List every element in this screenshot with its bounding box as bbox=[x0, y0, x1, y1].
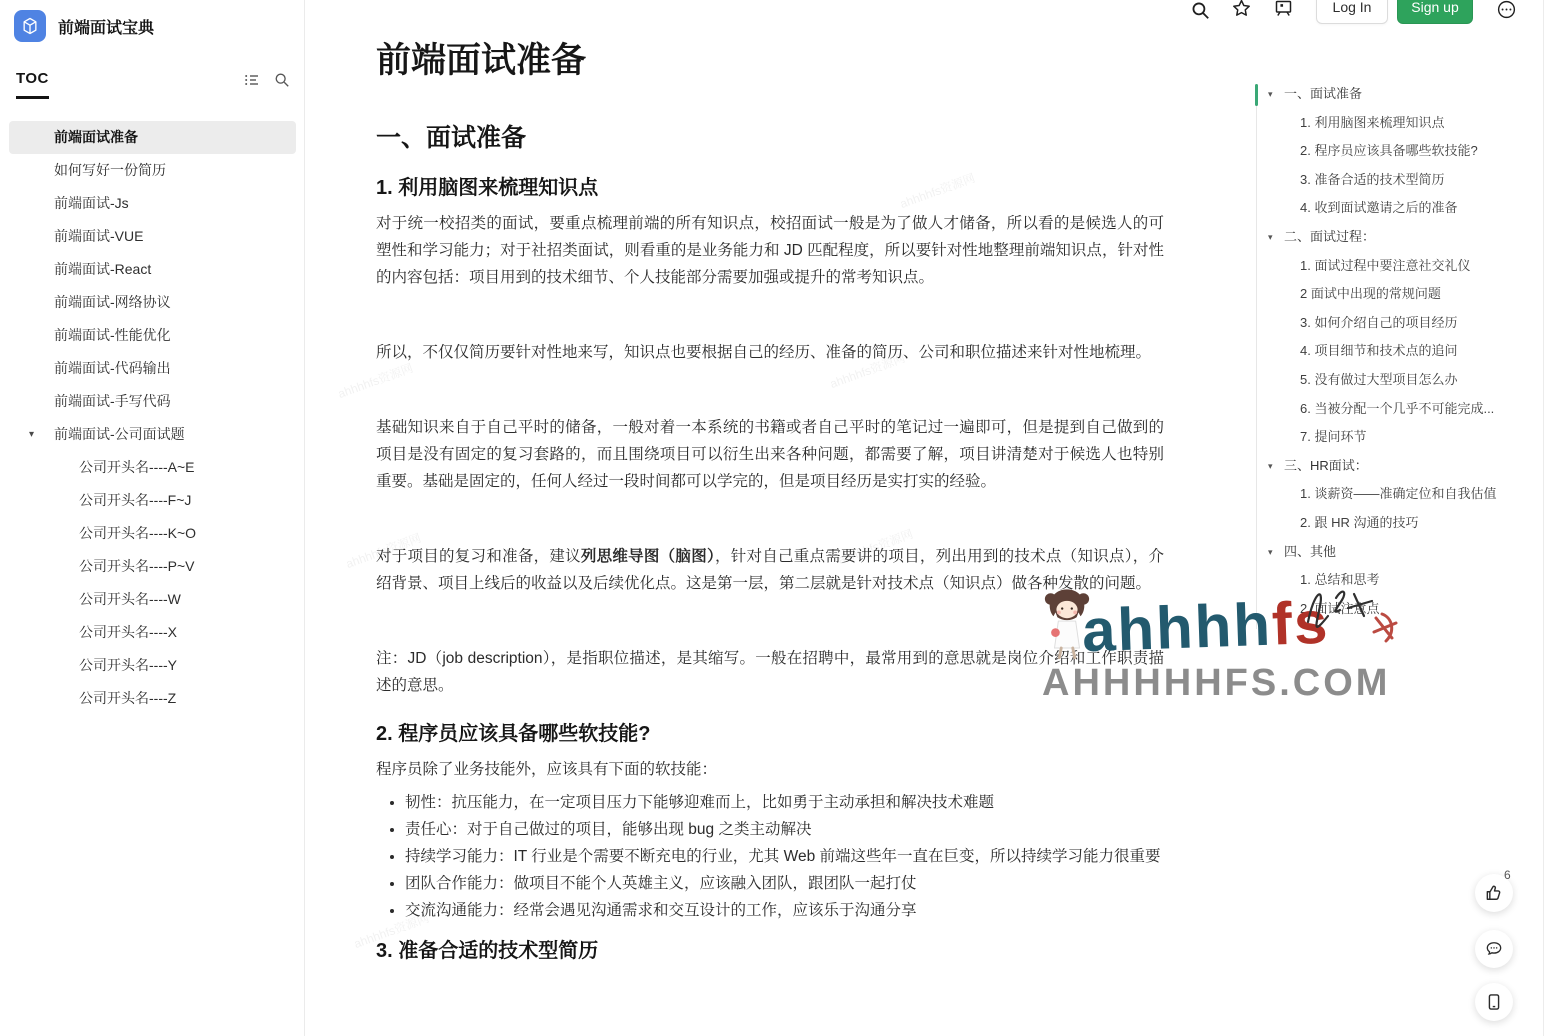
outline-item-label: 2. 跟 HR 沟通的技巧 bbox=[1300, 515, 1418, 530]
outline-item[interactable]: 2. 跟 HR 沟通的技巧 bbox=[1268, 509, 1522, 538]
scrollbar-track-edge[interactable] bbox=[1543, 0, 1544, 1036]
outline-item[interactable]: 1. 谈薪资——准确定位和自我估值 bbox=[1268, 480, 1522, 509]
more-options-icon[interactable] bbox=[1496, 0, 1517, 25]
sidebar-item-label: 公司开头名----W bbox=[79, 591, 181, 607]
subsection-heading-2: 2. 程序员应该具备哪些软技能? bbox=[376, 721, 1164, 748]
outline-item[interactable]: 1. 利用脑图来梳理知识点 bbox=[1268, 109, 1522, 138]
outline-item-label: 1. 谈薪资——准确定位和自我估值 bbox=[1300, 486, 1496, 501]
star-icon[interactable] bbox=[1231, 0, 1252, 24]
login-button[interactable]: Log In bbox=[1316, 0, 1388, 24]
paragraph: 对于统一校招类的面试，要重点梳理前端的所有知识点，校招面试一般是为了做人才储备，… bbox=[376, 210, 1164, 291]
list-item: 责任心：对于自己做过的项目，能够出现 bug 之类主动解决 bbox=[405, 816, 1164, 843]
sidebar-item[interactable]: 公司开头名----Z bbox=[9, 682, 296, 715]
sidebar-item-label: 公司开头名----X bbox=[79, 624, 177, 640]
section-heading: 一、面试准备 bbox=[376, 122, 1164, 155]
search-icon[interactable] bbox=[1191, 1, 1210, 25]
outline-item[interactable]: 二、面试过程： bbox=[1268, 223, 1522, 252]
app-title: 前端面试宝典 bbox=[58, 15, 154, 38]
outline-item-label: 6. 当被分配一个几乎不可能完成... bbox=[1300, 401, 1494, 416]
outline-item-label: 1. 面试过程中要注意社交礼仪 bbox=[1300, 258, 1470, 273]
sidebar: 前端面试宝典 TOC bbox=[0, 0, 305, 1036]
outline-item-label: 5. 没有做过大型项目怎么办 bbox=[1300, 372, 1457, 387]
sidebar-item[interactable]: 公司开头名----P~V bbox=[9, 550, 296, 583]
outline-item[interactable]: 4. 项目细节和技术点的追问 bbox=[1268, 337, 1522, 366]
sidebar-item-label: 前端面试-代码输出 bbox=[54, 360, 171, 376]
toc-header: TOC bbox=[16, 70, 290, 104]
outline-item-label: 1. 利用脑图来梳理知识点 bbox=[1300, 115, 1444, 130]
signup-button[interactable]: Sign up bbox=[1397, 0, 1473, 24]
sidebar-item[interactable]: 公司开头名----K~O bbox=[9, 517, 296, 550]
article: 前端面试准备 一、面试准备 1. 利用脑图来梳理知识点 对于统一校招类的面试，要… bbox=[376, 0, 1164, 965]
sidebar-item-label: 公司开头名----F~J bbox=[79, 492, 191, 508]
outline-item-label: 1. 总结和思考 bbox=[1300, 572, 1379, 587]
sidebar-item-label: 前端面试准备 bbox=[54, 129, 138, 145]
sidebar-item[interactable]: 公司开头名----Y bbox=[9, 649, 296, 682]
outline-item-label: 一、面试准备 bbox=[1284, 86, 1362, 101]
toc-tab[interactable]: TOC bbox=[16, 70, 49, 99]
page-title: 前端面试准备 bbox=[376, 40, 1164, 82]
outline-item-label: 3. 准备合适的技术型简历 bbox=[1300, 172, 1444, 187]
sidebar-item[interactable]: 前端面试-VUE bbox=[9, 220, 296, 253]
subsection-heading-3: 3. 准备合适的技术型简历 bbox=[376, 938, 1164, 965]
sidebar-item[interactable]: 公司开头名----X bbox=[9, 616, 296, 649]
sidebar-header: 前端面试宝典 bbox=[14, 10, 154, 42]
sidebar-item[interactable]: 公司开头名----W bbox=[9, 583, 296, 616]
paragraph-text: 对于项目的复习和准备，建议 bbox=[376, 548, 581, 565]
sidebar-item[interactable]: 前端面试-Js bbox=[9, 187, 296, 220]
outline-item-label: 二、面试过程： bbox=[1284, 229, 1375, 244]
bold-text: 列思维导图（脑图） bbox=[581, 548, 715, 565]
outline-item[interactable]: 四、其他 bbox=[1268, 538, 1522, 567]
sidebar-item-label: 公司开头名----Y bbox=[79, 657, 177, 673]
outline-item-label: 2 面试中出现的常规问题 bbox=[1300, 286, 1441, 301]
present-icon[interactable] bbox=[1273, 0, 1294, 24]
collapse-caret-icon[interactable] bbox=[1268, 452, 1273, 481]
page-outline: 一、面试准备 1. 利用脑图来梳理知识点 2. 程序员应该具备哪些软技能? 3.… bbox=[1268, 80, 1522, 623]
sidebar-item-label: 公司开头名----K~O bbox=[79, 525, 196, 541]
sidebar-item-label: 前端面试-VUE bbox=[54, 228, 143, 244]
collapse-caret-icon[interactable] bbox=[1268, 80, 1273, 109]
sidebar-item[interactable]: 如何写好一份简历 bbox=[9, 154, 296, 187]
subsection-heading-1: 1. 利用脑图来梳理知识点 bbox=[376, 175, 1164, 202]
sidebar-toc-list: 前端面试准备 如何写好一份简历 前端面试-Js 前端面试-VUE bbox=[0, 121, 305, 715]
outline-item[interactable]: 2. 程序员应该具备哪些软技能? bbox=[1268, 137, 1522, 166]
outline-item-label: 2. 程序员应该具备哪些软技能? bbox=[1300, 143, 1478, 158]
outline-item[interactable]: 6. 当被分配一个几乎不可能完成... bbox=[1268, 395, 1522, 424]
sidebar-item[interactable]: 前端面试-手写代码 bbox=[9, 385, 296, 418]
sidebar-item-label: 前端面试-网络协议 bbox=[54, 294, 171, 310]
list-item: 韧性：抗压能力，在一定项目压力下能够迎难而上，比如勇于主动承担和解决技术难题 bbox=[405, 789, 1164, 816]
outline-item[interactable]: 5. 没有做过大型项目怎么办 bbox=[1268, 366, 1522, 395]
outline-item[interactable]: 1. 总结和思考 bbox=[1268, 566, 1522, 595]
outline-item[interactable]: 一、面试准备 bbox=[1268, 80, 1522, 109]
comment-button[interactable] bbox=[1475, 930, 1513, 968]
outline-item-label: 四、其他 bbox=[1284, 544, 1336, 559]
outline-item[interactable]: 3. 如何介绍自己的项目经历 bbox=[1268, 309, 1522, 338]
paragraph: 程序员除了业务技能外，应该具有下面的软技能： bbox=[376, 756, 1164, 783]
outline-rail bbox=[1256, 84, 1257, 629]
sidebar-item-label: 公司开头名----P~V bbox=[79, 558, 195, 574]
list-view-icon[interactable] bbox=[244, 72, 260, 93]
book-logo-icon[interactable] bbox=[14, 10, 46, 42]
sidebar-item-label: 前端面试-性能优化 bbox=[54, 327, 171, 343]
collapse-caret-icon[interactable] bbox=[1268, 538, 1273, 567]
soft-skills-list: 韧性：抗压能力，在一定项目压力下能够迎难而上，比如勇于主动承担和解决技术难题 责… bbox=[376, 789, 1164, 924]
sidebar-item-label: 前端面试-React bbox=[54, 261, 151, 277]
sidebar-item[interactable]: 前端面试-React bbox=[9, 253, 296, 286]
outline-item-label: 4. 收到面试邀请之后的准备 bbox=[1300, 200, 1457, 215]
sidebar-item-label: 如何写好一份简历 bbox=[54, 162, 166, 178]
outline-item-label: 三、HR面试： bbox=[1284, 458, 1368, 473]
outline-active-indicator bbox=[1255, 84, 1258, 106]
list-item: 持续学习能力：IT 行业是个需要不断充电的行业，尤其 Web 前端这些年一直在巨… bbox=[405, 843, 1164, 870]
sidebar-item[interactable]: 公司开头名----F~J bbox=[9, 484, 296, 517]
toc-search-icon[interactable] bbox=[274, 72, 290, 93]
outline-item[interactable]: 1. 面试过程中要注意社交礼仪 bbox=[1268, 252, 1522, 281]
mobile-view-button[interactable] bbox=[1475, 983, 1513, 1021]
sidebar-item[interactable]: 前端面试-代码输出 bbox=[9, 352, 296, 385]
list-item: 交流沟通能力：经常会遇见沟通需求和交互设计的工作，应该乐于沟通分享 bbox=[405, 897, 1164, 924]
collapse-caret-icon[interactable] bbox=[29, 418, 34, 451]
like-count-badge: 6 bbox=[1504, 868, 1511, 882]
sidebar-item-label: 前端面试-Js bbox=[54, 195, 129, 211]
sidebar-item-label: 前端面试-手写代码 bbox=[54, 393, 171, 409]
outline-item[interactable]: 2 面试中出现的常规问题 bbox=[1268, 280, 1522, 309]
sidebar-item[interactable]: 前端面试-性能优化 bbox=[9, 319, 296, 352]
sidebar-item-label: 公司开头名----A~E bbox=[79, 459, 195, 475]
sidebar-item[interactable]: 前端面试准备 bbox=[9, 121, 296, 154]
sidebar-item-label: 前端面试-公司面试题 bbox=[54, 426, 185, 442]
outline-item-label: 7. 提问环节 bbox=[1300, 429, 1366, 444]
page: 前端面试宝典 TOC bbox=[0, 0, 1555, 1036]
list-item: 团队合作能力：做项目不能个人英雄主义，应该融入团队，跟团队一起打仗 bbox=[405, 870, 1164, 897]
outline-item[interactable]: 3. 准备合适的技术型简历 bbox=[1268, 166, 1522, 195]
collapse-caret-icon[interactable] bbox=[1268, 223, 1273, 252]
sidebar-item[interactable]: 公司开头名----A~E bbox=[9, 451, 296, 484]
paragraph: 基础知识来自于自己平时的储备，一般对着一本系统的书籍或者自己平时的笔记过一遍即可… bbox=[376, 414, 1164, 495]
paragraph: 所以，不仅仅简历要针对性地来写，知识点也要根据自己的经历、准备的简历、公司和职位… bbox=[376, 339, 1164, 366]
outline-item[interactable]: 7. 提问环节 bbox=[1268, 423, 1522, 452]
outline-item[interactable]: 三、HR面试： bbox=[1268, 452, 1522, 481]
outline-item-label: 2. 面试注意点 bbox=[1300, 601, 1379, 616]
sidebar-item[interactable]: 前端面试-网络协议 bbox=[9, 286, 296, 319]
outline-item[interactable]: 4. 收到面试邀请之后的准备 bbox=[1268, 194, 1522, 223]
sidebar-item[interactable]: 前端面试-公司面试题 bbox=[9, 418, 296, 451]
sidebar-item-label: 公司开头名----Z bbox=[79, 690, 176, 706]
paragraph: 对于项目的复习和准备，建议列思维导图（脑图），针对自己重点需要讲的项目，列出用到… bbox=[376, 543, 1164, 597]
note-paragraph: 注：JD（job description），是指职位描述，是其缩写。一般在招聘中… bbox=[376, 645, 1164, 699]
outline-item-label: 4. 项目细节和技术点的追问 bbox=[1300, 343, 1457, 358]
outline-item[interactable]: 2. 面试注意点 bbox=[1268, 595, 1522, 624]
outline-item-label: 3. 如何介绍自己的项目经历 bbox=[1300, 315, 1457, 330]
